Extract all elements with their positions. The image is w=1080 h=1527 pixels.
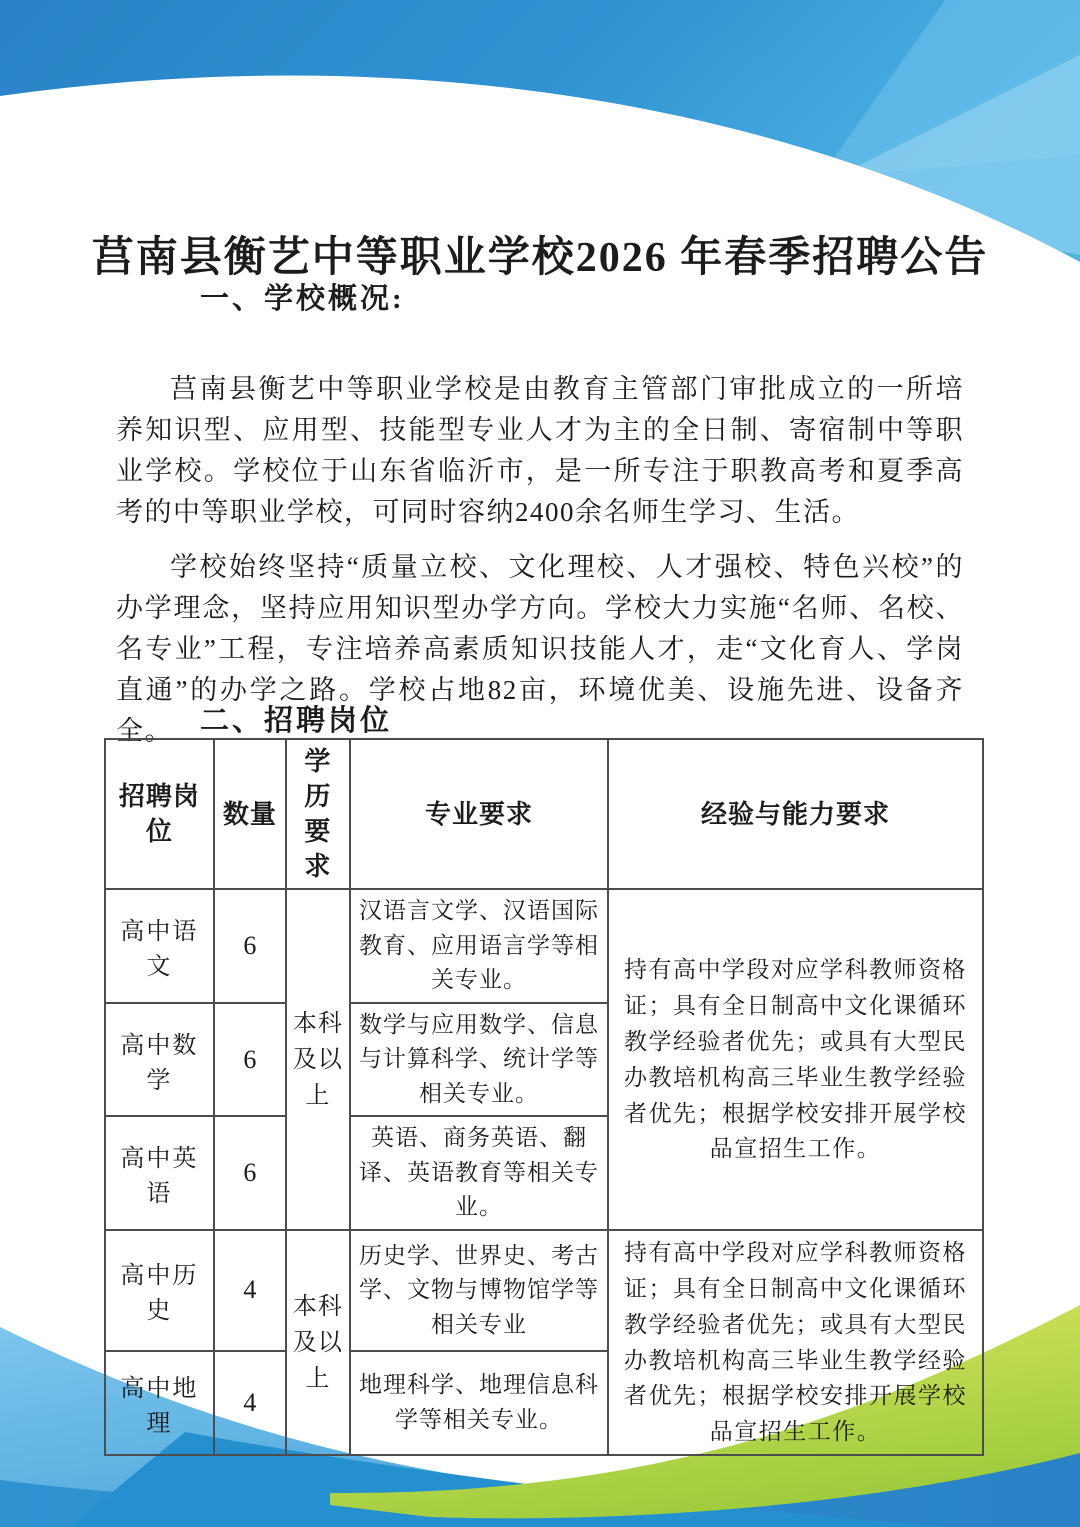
page-title: 莒南县衡艺中等职业学校2026 年春季招聘公告 xyxy=(0,224,1080,284)
position-cell: 高中地理 xyxy=(105,1351,214,1455)
header-education: 学历要求 xyxy=(286,739,350,889)
major-cell: 英语、商务英语、翻译、英语教育等相关专业。 xyxy=(350,1116,608,1230)
header-position: 招聘岗位 xyxy=(105,739,214,889)
major-cell: 地理科学、地理信息科学等相关专业。 xyxy=(350,1351,608,1455)
count-cell: 6 xyxy=(214,1003,286,1117)
table-row: 高中历史 4 本科及以上 历史学、世界史、考古学、文物与博物馆学等相关专业 持有… xyxy=(105,1230,983,1351)
count-cell: 4 xyxy=(214,1351,286,1455)
school-overview-paragraph-1: 莒南县衡艺中等职业学校是由教育主管部门审批成立的一所培养知识型、应用型、技能型专… xyxy=(116,369,964,533)
recruitment-positions-table: 招聘岗位 数量 学历要求 专业要求 经验与能力要求 高中语文 6 本科及以上 汉… xyxy=(104,738,984,1456)
top-blue-wave xyxy=(0,0,1080,262)
experience-cell: 持有高中学段对应学科教师资格证；具有全日制高中文化课循环教学经验者优先；或具有大… xyxy=(608,889,983,1230)
header-experience: 经验与能力要求 xyxy=(608,739,983,889)
major-cell: 历史学、世界史、考古学、文物与博物馆学等相关专业 xyxy=(350,1230,608,1351)
header-count: 数量 xyxy=(214,739,286,889)
count-cell: 6 xyxy=(214,1116,286,1230)
experience-cell: 持有高中学段对应学科教师资格证；具有全日制高中文化课循环教学经验者优先；或具有大… xyxy=(608,1230,983,1455)
position-cell: 高中历史 xyxy=(105,1230,214,1351)
section-heading-positions: 二、招聘岗位 xyxy=(200,698,392,739)
position-cell: 高中英语 xyxy=(105,1116,214,1230)
count-cell: 4 xyxy=(214,1230,286,1351)
education-cell: 本科及以上 xyxy=(286,889,350,1230)
major-cell: 数学与应用数学、信息与计算科学、统计学等相关专业。 xyxy=(350,1003,608,1117)
position-cell: 高中数学 xyxy=(105,1003,214,1117)
header-major: 专业要求 xyxy=(350,739,608,889)
count-cell: 6 xyxy=(214,889,286,1003)
major-cell: 汉语言文学、汉语国际教育、应用语言学等相关专业。 xyxy=(350,889,608,1003)
top-light-wedge-1 xyxy=(820,0,1080,178)
table-header-row: 招聘岗位 数量 学历要求 专业要求 经验与能力要求 xyxy=(105,739,983,889)
position-cell: 高中语文 xyxy=(105,889,214,1003)
section-heading-school-overview: 一、学校概况: xyxy=(200,276,405,317)
table-row: 高中语文 6 本科及以上 汉语言文学、汉语国际教育、应用语言学等相关专业。 持有… xyxy=(105,889,983,1003)
education-cell: 本科及以上 xyxy=(286,1230,350,1455)
